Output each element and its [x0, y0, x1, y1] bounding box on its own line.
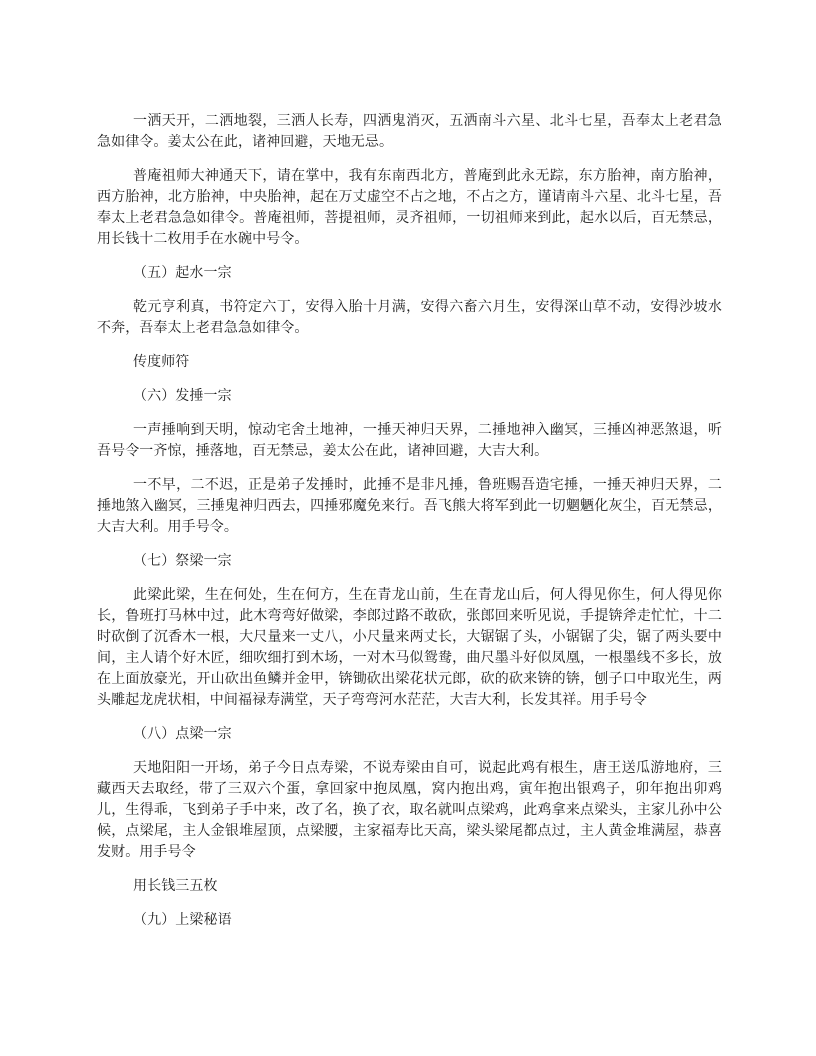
text-label: 用长钱三五枚 [97, 876, 722, 897]
paragraph: 乾元亨利真，书符定六丁，安得入胎十月满，安得六畜六月生，安得深山草不动，安得沙坡… [97, 297, 722, 339]
paragraph: 一洒天开，二洒地裂，三洒人长寿，四洒鬼消灭，五洒南斗六星、北斗七星，吾奉太上老君… [97, 111, 722, 153]
text-label: 传度师符 [97, 352, 722, 373]
section-heading: （六）发捶一宗 [97, 386, 722, 407]
document-body: 一洒天开，二洒地裂，三洒人长寿，四洒鬼消灭，五洒南斗六星、北斗七星，吾奉太上老君… [97, 111, 722, 931]
paragraph: 此梁此梁，生在何处，生在何方，生在青龙山前，生在青龙山后，何人得见你生，何人得见… [97, 585, 722, 711]
paragraph: 一声捶响到天明，惊动宅舍土地神，一捶天神归天界，二捶地神入幽冥，三捶凶神恶煞退，… [97, 420, 722, 462]
section-heading: （八）点梁一宗 [97, 724, 722, 745]
section-heading: （七）祭梁一宗 [97, 551, 722, 572]
section-heading: （九）上梁秘语 [97, 910, 722, 931]
paragraph: 天地阳阳一开场，弟子今日点寿梁，不说寿梁由自可，说起此鸡有根生，唐王送瓜游地府，… [97, 758, 722, 863]
paragraph: 一不早，二不迟，正是弟子发捶时，此捶不是非凡捶，鲁班赐吾造宅捶，一捶天神归天界，… [97, 475, 722, 538]
paragraph: 普庵祖师大神通天下，请在掌中，我有东南西北方，普庵到此永无踪，东方胎神，南方胎神… [97, 166, 722, 250]
section-heading: （五）起水一宗 [97, 263, 722, 284]
document-page: 一洒天开，二洒地裂，三洒人长寿，四洒鬼消灭，五洒南斗六星、北斗七星，吾奉太上老君… [0, 0, 816, 1056]
